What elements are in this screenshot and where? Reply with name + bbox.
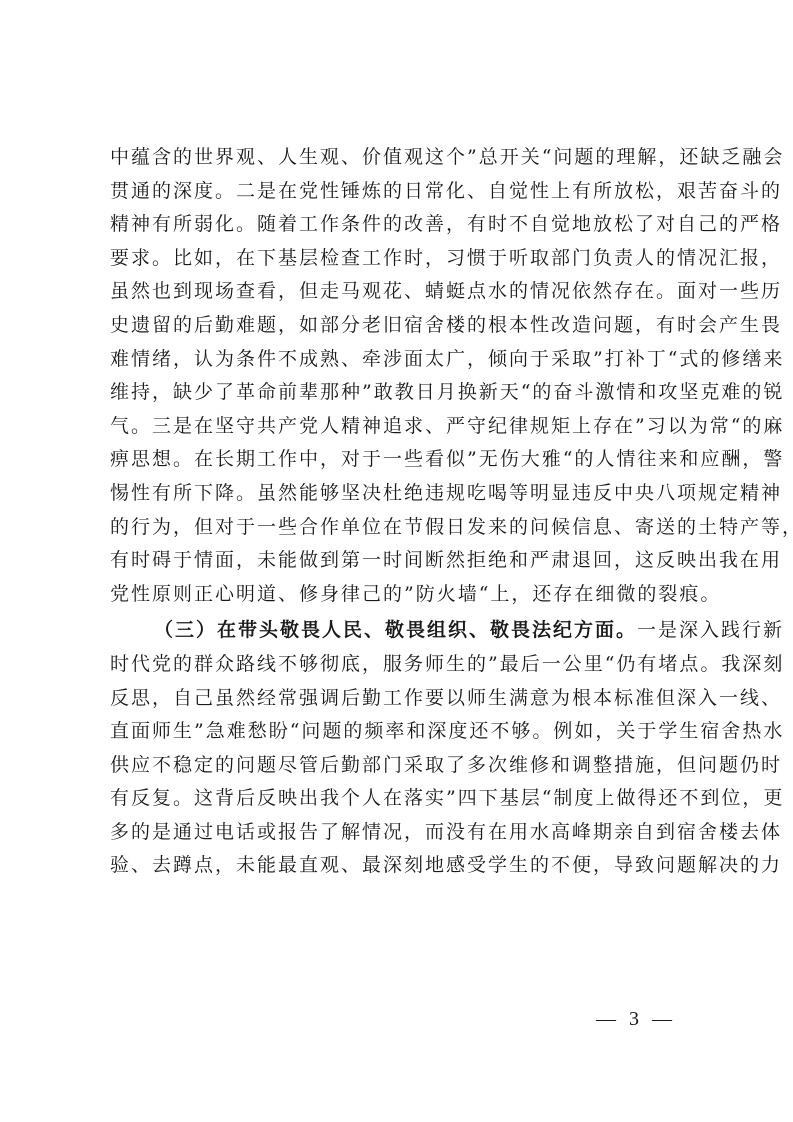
- text-line: 党性原则正心明道、修身律己的”防火墙“上，还存在细微的裂痕。: [110, 578, 684, 612]
- text-line: 要求。比如，在下基层检查工作时，习惯于听取部门负责人的情况汇报，: [110, 242, 684, 276]
- document-page: 中蕴含的世界观、人生观、价值观这个”总开关“问题的理解，还缺乏融会 贯通的深度。…: [0, 0, 793, 1122]
- page-number: — 3 —: [596, 1008, 676, 1031]
- text-line: 的行为，但对于一些合作单位在节假日发来的问候信息、寄送的土特产等，: [110, 511, 684, 545]
- paragraph-2: （三）在带头敬畏人民、敬畏组织、敬畏法纪方面。一是深入践行新 时代党的群众路线不…: [110, 614, 684, 883]
- text-line: 惕性有所下降。虽然能够坚决杜绝违规吃喝等明显违反中央八项规定精神: [110, 477, 684, 511]
- text-line: 验、去蹲点，未能最直观、最深刻地感受学生的不便，导致问题解决的力: [110, 849, 684, 883]
- text-line: 精神有所弱化。随着工作条件的改善，有时不自觉地放松了对自己的严格: [110, 208, 684, 242]
- text-line: 多的是通过电话或报告了解情况，而没有在用水高峰期亲自到宿舍楼去体: [110, 816, 684, 850]
- text-line: 气。三是在坚守共产党人精神追求、严守纪律规矩上存在”习以为常“的麻: [110, 410, 684, 444]
- text-line: 维持，缺少了革命前辈那种”敢教日月换新天“的奋斗激情和攻坚克难的锐: [110, 376, 684, 410]
- text-line: 有反复。这背后反映出我个人在落实”四下基层“制度上做得还不到位，更: [110, 782, 684, 816]
- text-line: 贯通的深度。二是在党性锤炼的日常化、自觉性上有所放松，艰苦奋斗的: [110, 175, 684, 209]
- text-line: 史遗留的后勤难题，如部分老旧宿舍楼的根本性改造问题，有时会产生畏: [110, 309, 684, 343]
- text-line: 直面师生”急难愁盼“问题的频率和深度还不够。例如，关于学生宿舍热水: [110, 715, 684, 749]
- paragraph-1: 中蕴含的世界观、人生观、价值观这个”总开关“问题的理解，还缺乏融会 贯通的深度。…: [110, 141, 684, 611]
- text-line: 反思，自己虽然经常强调后勤工作要以师生满意为根本标准但深入一线、: [110, 682, 684, 716]
- text-line: 痹思想。在长期工作中，对于一些看似”无伤大雅“的人情往来和应酬，警: [110, 443, 684, 477]
- text-line: 供应不稳定的问题尽管后勤部门采取了多次维修和调整措施，但问题仍时: [110, 749, 684, 783]
- text-line: 有时碍于情面，未能做到第一时间断然拒绝和严肃退回，这反映出我在用: [110, 544, 684, 578]
- text-line: 虽然也到现场查看，但走马观花、蜻蜓点水的情况依然存在。面对一些历: [110, 275, 684, 309]
- section-heading: （三）在带头敬畏人民、敬畏组织、敬畏法纪方面。: [154, 619, 637, 641]
- text-line: 难情绪，认为条件不成熟、牵涉面太广，倾向于采取”打补丁“式的修缮来: [110, 343, 684, 377]
- text-run: 一是深入践行新: [637, 619, 784, 641]
- text-line: 时代党的群众路线不够彻底，服务师生的”最后一公里“仍有堵点。我深刻: [110, 648, 684, 682]
- document-body: 中蕴含的世界观、人生观、价值观这个”总开关“问题的理解，还缺乏融会 贯通的深度。…: [110, 141, 684, 883]
- text-line: 中蕴含的世界观、人生观、价值观这个”总开关“问题的理解，还缺乏融会: [110, 141, 684, 175]
- section-heading-line: （三）在带头敬畏人民、敬畏组织、敬畏法纪方面。一是深入践行新: [110, 614, 684, 648]
